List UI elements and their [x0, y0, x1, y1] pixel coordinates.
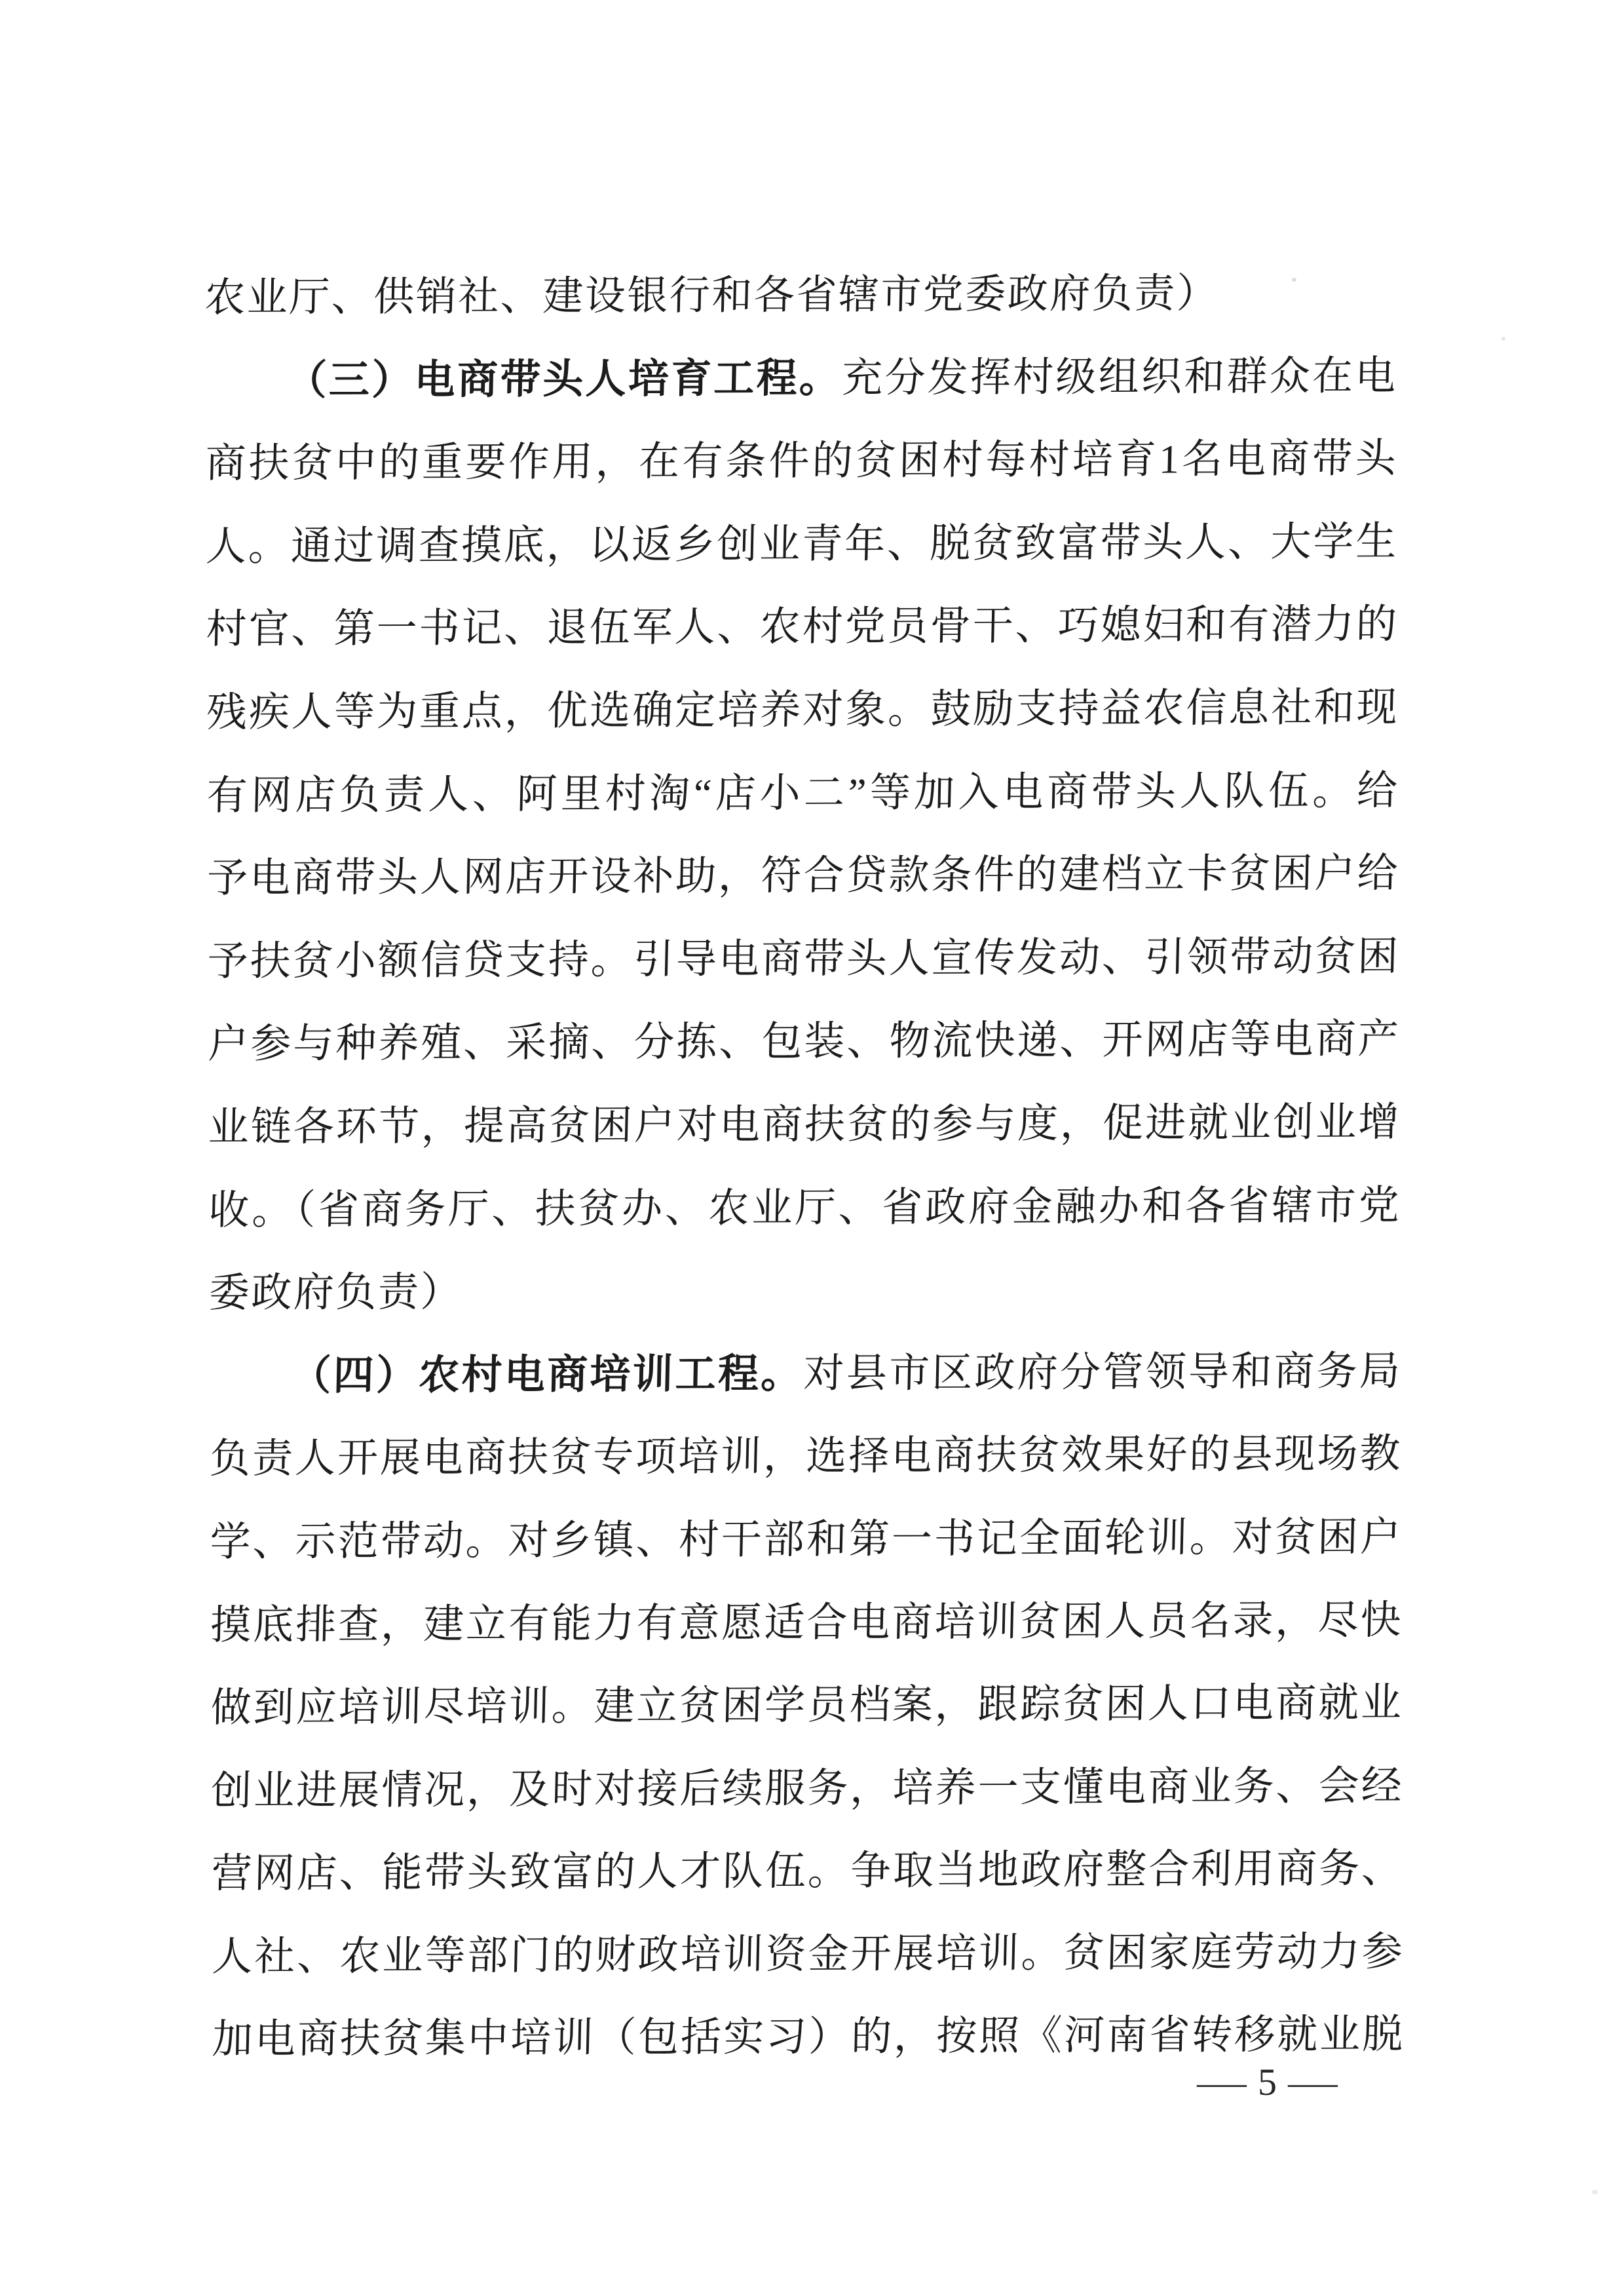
text-line: 人社、农业等部门的财政培训资金开展培训。贫困家庭劳动力参	[211, 1911, 1405, 1999]
page-number-right-dash: —	[1288, 2057, 1337, 2107]
body-text: 学、示范带动。对乡镇、村干部和第一书记全面轮训。对贫困户	[210, 1515, 1403, 1565]
body-text: 残疾人等为重点，优选确定培养对象。鼓励支持益农信息社和现	[206, 685, 1399, 735]
text-line: 负责人开展电商扶贫专项培训，选择电商扶贫效果好的县现场教	[209, 1413, 1403, 1501]
body-text: 对县市区政府分管领导和商务局	[803, 1349, 1402, 1396]
text-line: （四）农村电商培训工程。对县市区政府分管领导和商务局	[208, 1330, 1403, 1419]
text-line: 村官、第一书记、退伍军人、农村党员骨干、巧媳妇和有潜力的	[205, 583, 1399, 672]
body-text: 营网店、能带头致富的人才队伍。争取当地政府整合利用商务、	[211, 1846, 1404, 1896]
scan-speck	[1292, 278, 1296, 282]
scan-speck	[1592, 2190, 1598, 2194]
body-text: 业链各环节，提高贫困户对电商扶贫的参与度，促进就业创业增	[208, 1100, 1401, 1150]
text-line: 人。通过调查摸底，以返乡创业青年、脱贫致富带头人、大学生	[205, 501, 1399, 589]
text-line: 业链各环节，提高贫困户对电商扶贫的参与度，促进就业创业增	[207, 1081, 1401, 1170]
body-text: 负责人开展电商扶贫专项培训，选择电商扶贫效果好的县现场教	[209, 1432, 1402, 1482]
text-line: 学、示范带动。对乡镇、村干部和第一书记全面轮训。对贫困户	[209, 1496, 1403, 1584]
body-text: 人社、农业等部门的财政培训资金开展培训。贫困家庭劳动力参	[212, 1930, 1405, 1980]
page-number-left-dash: —	[1197, 2057, 1246, 2107]
body-text: 商扶贫中的重要作用，在有条件的贫困村每村培育1名电商带头	[205, 436, 1398, 486]
body-text: 予扶贫小额信贷支持。引导电商带头人宣传发动、引领带动贫困	[207, 934, 1400, 984]
body-text: 农业厅、供销社、建设银行和各省辖市党委政府负责）	[204, 271, 1219, 320]
text-line: 予扶贫小额信贷支持。引导电商带头人宣传发动、引领带动贫困	[206, 915, 1401, 1004]
body-text: 村官、第一书记、退伍军人、农村党员骨干、巧媳妇和有潜力的	[206, 602, 1399, 652]
text-line: （三）电商带头人培育工程。充分发挥村级组织和群众在电	[204, 335, 1398, 423]
body-text: 委政府负责）	[208, 1270, 463, 1316]
text-line: 做到应培训尽培训。建立贫困学员档案，跟踪贫困人口电商就业	[210, 1662, 1404, 1750]
body-text: 加电商扶贫集中培训（包括实习）的，按照《河南省转移就业脱	[212, 2012, 1405, 2062]
text-line: 摸底排查，建立有能力有意愿适合电商培训贫困人员名录，尽快	[210, 1579, 1404, 1668]
body-text: 人。通过调查摸底，以返乡创业青年、脱贫致富带头人、大学生	[205, 520, 1398, 569]
page-number: — 5 —	[1203, 2057, 1332, 2107]
text-line: 创业进展情况，及时对接后续服务，培养一支懂电商业务、会经	[210, 1745, 1405, 1833]
text-line: 委政府负责）	[208, 1247, 1403, 1335]
body-text: 予电商带头人网店开设补助，符合贷款条件的建档立卡贫困户给	[206, 851, 1399, 901]
page-number-value: 5	[1258, 2057, 1277, 2107]
body-text: 做到应培训尽培训。建立贫困学员档案，跟踪贫困人口电商就业	[210, 1681, 1403, 1731]
scanned-document-page: 农业厅、供销社、建设银行和各省辖市党委政府负责）（三）电商带头人培育工程。充分发…	[0, 0, 1624, 2296]
section-heading-text: （三）电商带头人培育工程。	[286, 356, 842, 403]
body-text: 摸底排查，建立有能力有意愿适合电商培训贫困人员名录，尽快	[210, 1598, 1403, 1648]
text-line: 有网店负责人、阿里村淘“店小二”等加入电商带头人队伍。给	[206, 750, 1400, 838]
section-heading-text: （四）农村电商培训工程。	[290, 1352, 804, 1398]
text-line: 予电商带头人网店开设补助，符合贷款条件的建档立卡贫困户给	[206, 832, 1401, 921]
scan-speck	[1501, 337, 1505, 341]
text-line: 户参与种养殖、采摘、分拣、包装、物流快递、开网店等电商产	[207, 998, 1401, 1086]
body-text: 创业进展情况，及时对接后续服务，培养一支懂电商业务、会经	[210, 1764, 1403, 1814]
text-line: 商扶贫中的重要作用，在有条件的贫困村每村培育1名电商带头	[204, 417, 1399, 506]
text-line: 农业厅、供销社、建设银行和各省辖市党委政府负责）	[204, 252, 1398, 340]
text-line: 残疾人等为重点，优选确定培养对象。鼓励支持益农信息社和现	[206, 666, 1400, 755]
body-text: 收。（省商务厅、扶贫办、农业厅、省政府金融办和各省辖市党	[208, 1183, 1401, 1233]
body-text: 有网店负责人、阿里村淘“店小二”等加入电商带头人队伍。给	[206, 769, 1399, 818]
text-block: 农业厅、供销社、建设银行和各省辖市党委政府负责）（三）电商带头人培育工程。充分发…	[204, 252, 1405, 2082]
text-line: 收。（省商务厅、扶贫办、农业厅、省政府金融办和各省辖市党	[208, 1164, 1402, 1253]
body-text: 充分发挥村级组织和群众在电	[841, 354, 1397, 401]
text-line: 营网店、能带头致富的人才队伍。争取当地政府整合利用商务、	[210, 1827, 1405, 1916]
body-text: 户参与种养殖、采摘、分拣、包装、物流快递、开网店等电商产	[208, 1017, 1401, 1067]
